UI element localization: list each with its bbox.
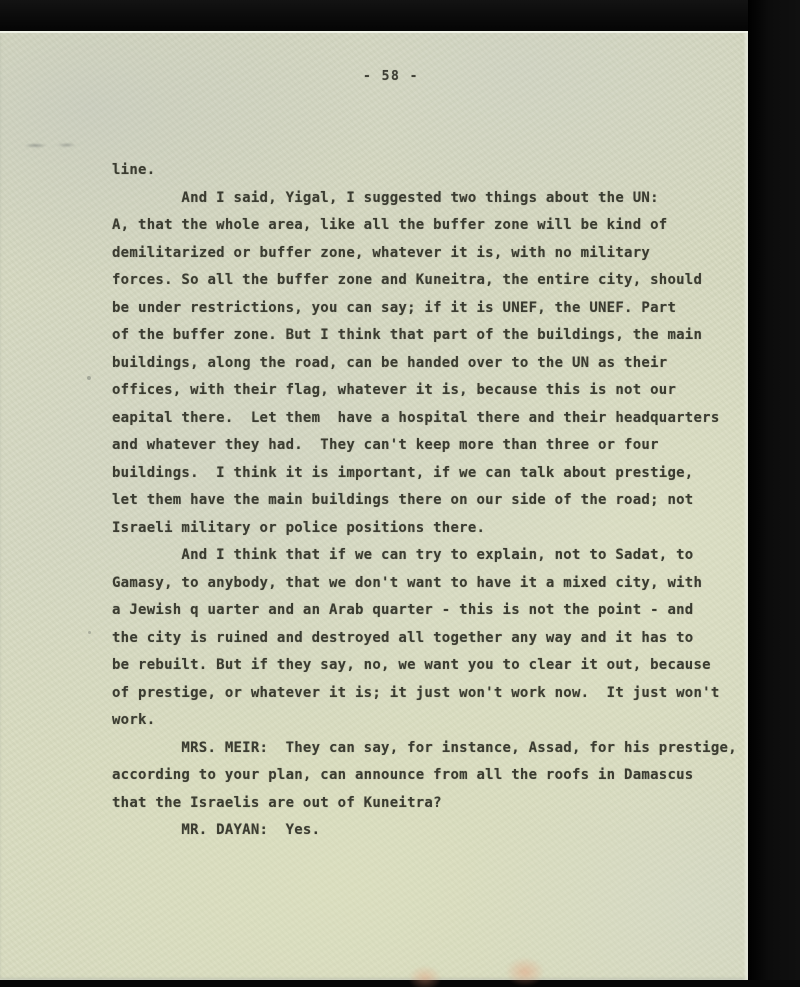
page-number: - 58 - bbox=[0, 69, 748, 84]
text-line: the city is ruined and destroyed all tog… bbox=[112, 625, 742, 653]
pink-stain bbox=[408, 965, 442, 987]
text-line: of the buffer zone. But I think that par… bbox=[112, 322, 742, 350]
ink-speck bbox=[88, 631, 91, 634]
text-line: buildings, along the road, can be handed… bbox=[112, 350, 742, 378]
scan-smudge bbox=[20, 141, 82, 150]
scan-border-top bbox=[0, 0, 800, 31]
text-line: a Jewish q uarter and an Arab quarter - … bbox=[112, 597, 742, 625]
pink-stain bbox=[505, 957, 545, 987]
text-line: of prestige, or whatever it is; it just … bbox=[112, 680, 742, 708]
document-text: line. And I said, Yigal, I suggested two… bbox=[112, 157, 742, 845]
text-line: be under restrictions, you can say; if i… bbox=[112, 295, 742, 323]
text-line: MR. DAYAN: Yes. bbox=[112, 817, 742, 845]
scanned-page: - 58 - line. And I said, Yigal, I sugges… bbox=[0, 31, 748, 980]
text-line: that the Israelis are out of Kuneitra? bbox=[112, 790, 742, 818]
ink-speck bbox=[87, 376, 91, 380]
text-line: Gamasy, to anybody, that we don't want t… bbox=[112, 570, 742, 598]
text-line: according to your plan, can announce fro… bbox=[112, 762, 742, 790]
text-line: And I think that if we can try to explai… bbox=[112, 542, 742, 570]
text-line: let them have the main buildings there o… bbox=[112, 487, 742, 515]
text-line: And I said, Yigal, I suggested two thing… bbox=[112, 185, 742, 213]
text-line: be rebuilt. But if they say, no, we want… bbox=[112, 652, 742, 680]
text-line: A, that the whole area, like all the buf… bbox=[112, 212, 742, 240]
scan-border-right bbox=[748, 0, 800, 987]
text-line: buildings. I think it is important, if w… bbox=[112, 460, 742, 488]
text-line: and whatever they had. They can't keep m… bbox=[112, 432, 742, 460]
text-line: demilitarized or buffer zone, whatever i… bbox=[112, 240, 742, 268]
text-line: work. bbox=[112, 707, 742, 735]
scan-border-bottom bbox=[0, 980, 800, 987]
text-line: offices, with their flag, whatever it is… bbox=[112, 377, 742, 405]
text-line: forces. So all the buffer zone and Kunei… bbox=[112, 267, 742, 295]
text-line: line. bbox=[112, 157, 742, 185]
text-line: MRS. MEIR: They can say, for instance, A… bbox=[112, 735, 742, 763]
text-line: Israeli military or police positions the… bbox=[112, 515, 742, 543]
text-line: eapital there. Let them have a hospital … bbox=[112, 405, 742, 433]
